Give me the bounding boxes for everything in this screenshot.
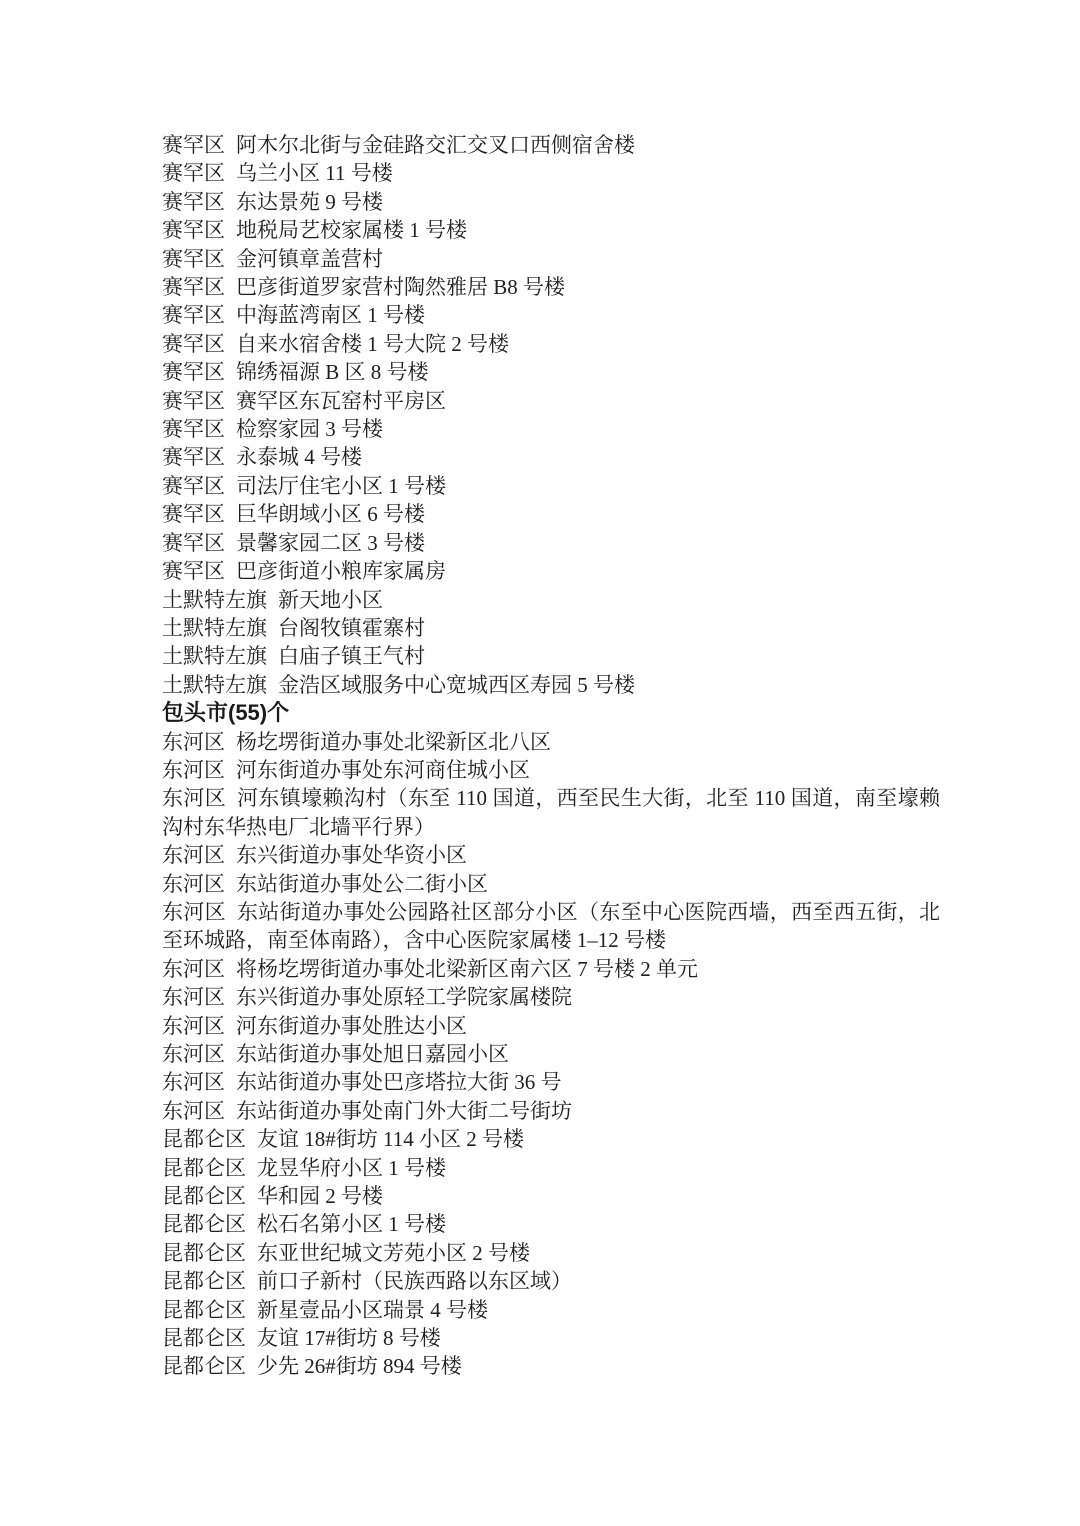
- location-entry: 土默特左旗台阁牧镇霍寨村: [162, 614, 940, 642]
- location-description: 前口子新村（民族西路以东区域）: [257, 1269, 572, 1293]
- district-name: 昆都仑区: [162, 1326, 246, 1350]
- district-name: 东河区: [162, 786, 226, 810]
- district-name: 昆都仑区: [162, 1184, 246, 1208]
- district-name: 赛罕区: [162, 502, 225, 526]
- city-section-header: 包头市(55)个: [162, 699, 940, 727]
- location-entry: 东河区河东街道办事处胜达小区: [162, 1012, 940, 1040]
- district-name: 土默特左旗: [162, 673, 267, 697]
- location-description: 乌兰小区 11 号楼: [236, 161, 393, 185]
- location-description: 阿木尔北街与金硅路交汇交叉口西侧宿舍楼: [236, 133, 635, 157]
- location-entry: 昆都仑区友谊 18#街坊 114 小区 2 号楼: [162, 1125, 940, 1153]
- location-description: 东站街道办事处旭日嘉园小区: [236, 1042, 509, 1066]
- location-entry: 东河区东兴街道办事处华资小区: [162, 841, 940, 869]
- location-description: 巴彦街道小粮库家属房: [236, 559, 446, 583]
- district-name: 昆都仑区: [162, 1269, 246, 1293]
- location-description: 赛罕区东瓦窑村平房区: [236, 389, 446, 413]
- location-entry: 昆都仑区华和园 2 号楼: [162, 1182, 940, 1210]
- district-name: 赛罕区: [162, 531, 225, 555]
- location-description: 杨圪塄街道办事处北梁新区北八区: [236, 730, 551, 754]
- location-description: 自来水宿舍楼 1 号大院 2 号楼: [236, 332, 509, 356]
- location-description: 松石名第小区 1 号楼: [257, 1212, 446, 1236]
- location-entry: 土默特左旗新天地小区: [162, 586, 940, 614]
- location-entry: 赛罕区景馨家园二区 3 号楼: [162, 529, 940, 557]
- location-entry: 东河区将杨圪塄街道办事处北梁新区南六区 7 号楼 2 单元: [162, 955, 940, 983]
- district-name: 赛罕区: [162, 133, 225, 157]
- district-name: 赛罕区: [162, 161, 225, 185]
- district-name: 昆都仑区: [162, 1298, 246, 1322]
- location-description: 龙昱华府小区 1 号楼: [257, 1156, 446, 1180]
- location-description: 将杨圪塄街道办事处北梁新区南六区 7 号楼 2 单元: [236, 957, 698, 981]
- location-entry: 赛罕区金河镇章盖营村: [162, 245, 940, 273]
- location-description: 新星壹品小区瑞景 4 号楼: [257, 1298, 488, 1322]
- location-description: 友谊 17#街坊 8 号楼: [257, 1326, 441, 1350]
- location-description: 少先 26#街坊 894 号楼: [257, 1354, 462, 1378]
- district-name: 赛罕区: [162, 275, 225, 299]
- location-entry: 赛罕区乌兰小区 11 号楼: [162, 159, 940, 187]
- district-name: 昆都仑区: [162, 1127, 246, 1151]
- location-description: 中海蓝湾南区 1 号楼: [236, 303, 425, 327]
- location-entry: 赛罕区巴彦街道小粮库家属房: [162, 557, 940, 585]
- location-description: 东兴街道办事处华资小区: [236, 843, 467, 867]
- location-description: 东亚世纪城文芳苑小区 2 号楼: [257, 1241, 530, 1265]
- location-entry: 赛罕区赛罕区东瓦窑村平房区: [162, 387, 940, 415]
- location-entry: 赛罕区东达景苑 9 号楼: [162, 188, 940, 216]
- location-description: 河东街道办事处胜达小区: [236, 1014, 467, 1038]
- location-description: 永泰城 4 号楼: [236, 445, 362, 469]
- location-entry: 赛罕区检察家园 3 号楼: [162, 415, 940, 443]
- location-entry: 昆都仑区龙昱华府小区 1 号楼: [162, 1154, 940, 1182]
- district-name: 赛罕区: [162, 445, 225, 469]
- district-name: 东河区: [162, 900, 226, 924]
- location-description: 河东街道办事处东河商住城小区: [236, 758, 530, 782]
- district-name: 东河区: [162, 730, 225, 754]
- location-entry: 东河区杨圪塄街道办事处北梁新区北八区: [162, 728, 940, 756]
- location-description: 金浩区域服务中心宽城西区寿园 5 号楼: [278, 673, 635, 697]
- district-name: 土默特左旗: [162, 588, 267, 612]
- location-description: 锦绣福源 B 区 8 号楼: [236, 360, 429, 384]
- district-name: 昆都仑区: [162, 1212, 246, 1236]
- location-description: 巴彦街道罗家营村陶然雅居 B8 号楼: [236, 275, 565, 299]
- location-entry: 赛罕区自来水宿舍楼 1 号大院 2 号楼: [162, 330, 940, 358]
- location-description: 司法厅住宅小区 1 号楼: [236, 474, 446, 498]
- location-description: 地税局艺校家属楼 1 号楼: [236, 218, 467, 242]
- location-entry: 东河区东站街道办事处公园路社区部分小区（东至中心医院西墙，西至西五街，北至环城路…: [162, 898, 940, 955]
- location-description: 东站街道办事处公园路社区部分小区（东至中心医院西墙，西至西五街，北至环城路，南至…: [162, 900, 940, 952]
- district-name: 东河区: [162, 1099, 225, 1123]
- district-name: 昆都仑区: [162, 1241, 246, 1265]
- district-name: 昆都仑区: [162, 1354, 246, 1378]
- location-entry: 赛罕区司法厅住宅小区 1 号楼: [162, 472, 940, 500]
- location-entry: 东河区东兴街道办事处原轻工学院家属楼院: [162, 983, 940, 1011]
- location-description: 巨华朗域小区 6 号楼: [236, 502, 425, 526]
- location-description: 东站街道办事处公二街小区: [236, 872, 488, 896]
- location-entry: 昆都仑区前口子新村（民族西路以东区域）: [162, 1267, 940, 1295]
- location-description: 景馨家园二区 3 号楼: [236, 531, 425, 555]
- district-name: 赛罕区: [162, 190, 225, 214]
- location-description: 东站街道办事处南门外大街二号街坊: [236, 1099, 572, 1123]
- location-entry: 土默特左旗金浩区域服务中心宽城西区寿园 5 号楼: [162, 671, 940, 699]
- location-description: 华和园 2 号楼: [257, 1184, 383, 1208]
- location-entry: 东河区河东街道办事处东河商住城小区: [162, 756, 940, 784]
- district-name: 赛罕区: [162, 218, 225, 242]
- district-name: 东河区: [162, 1070, 225, 1094]
- location-entry: 东河区东站街道办事处旭日嘉园小区: [162, 1040, 940, 1068]
- district-name: 东河区: [162, 1014, 225, 1038]
- location-entry: 赛罕区中海蓝湾南区 1 号楼: [162, 301, 940, 329]
- district-name: 赛罕区: [162, 474, 225, 498]
- location-description: 台阁牧镇霍寨村: [278, 616, 425, 640]
- document-body: { "page": { "background_color": "#ffffff…: [0, 0, 1080, 1526]
- district-name: 赛罕区: [162, 559, 225, 583]
- district-name: 东河区: [162, 957, 225, 981]
- location-entry: 昆都仑区少先 26#街坊 894 号楼: [162, 1352, 940, 1380]
- location-entry: 土默特左旗白庙子镇王气村: [162, 642, 940, 670]
- location-entry: 昆都仑区友谊 17#街坊 8 号楼: [162, 1324, 940, 1352]
- document-page: 赛罕区阿木尔北街与金硅路交汇交叉口西侧宿舍楼赛罕区乌兰小区 11 号楼赛罕区东达…: [0, 0, 1080, 1526]
- district-name: 赛罕区: [162, 332, 225, 356]
- district-name: 东河区: [162, 872, 225, 896]
- location-entry: 赛罕区地税局艺校家属楼 1 号楼: [162, 216, 940, 244]
- district-name: 赛罕区: [162, 389, 225, 413]
- district-name: 东河区: [162, 843, 225, 867]
- location-description: 新天地小区: [278, 588, 383, 612]
- location-entry: 东河区河东镇壕赖沟村（东至 110 国道，西至民生大街，北至 110 国道，南至…: [162, 784, 940, 841]
- location-entry: 昆都仑区新星壹品小区瑞景 4 号楼: [162, 1296, 940, 1324]
- location-description: 友谊 18#街坊 114 小区 2 号楼: [257, 1127, 524, 1151]
- location-entry: 赛罕区巨华朗域小区 6 号楼: [162, 500, 940, 528]
- location-entry: 赛罕区永泰城 4 号楼: [162, 443, 940, 471]
- district-name: 东河区: [162, 985, 225, 1009]
- location-description: 检察家园 3 号楼: [236, 417, 383, 441]
- district-name: 赛罕区: [162, 417, 225, 441]
- location-description: 东站街道办事处巴彦塔拉大街 36 号: [236, 1070, 562, 1094]
- district-name: 土默特左旗: [162, 644, 267, 668]
- district-name: 赛罕区: [162, 247, 225, 271]
- district-name: 昆都仑区: [162, 1156, 246, 1180]
- location-description: 河东镇壕赖沟村（东至 110 国道，西至民生大街，北至 110 国道，南至壕赖沟…: [162, 786, 940, 838]
- location-entry: 赛罕区巴彦街道罗家营村陶然雅居 B8 号楼: [162, 273, 940, 301]
- location-description: 东达景苑 9 号楼: [236, 190, 383, 214]
- location-description: 东兴街道办事处原轻工学院家属楼院: [236, 985, 572, 1009]
- location-entry: 东河区东站街道办事处南门外大街二号街坊: [162, 1097, 940, 1125]
- district-name: 土默特左旗: [162, 616, 267, 640]
- location-entry: 赛罕区锦绣福源 B 区 8 号楼: [162, 358, 940, 386]
- location-entry: 赛罕区阿木尔北街与金硅路交汇交叉口西侧宿舍楼: [162, 131, 940, 159]
- district-name: 赛罕区: [162, 360, 225, 384]
- location-description: 白庙子镇王气村: [278, 644, 425, 668]
- location-entry: 东河区东站街道办事处巴彦塔拉大街 36 号: [162, 1068, 940, 1096]
- district-name: 东河区: [162, 758, 225, 782]
- district-name: 赛罕区: [162, 303, 225, 327]
- location-entry: 昆都仑区松石名第小区 1 号楼: [162, 1210, 940, 1238]
- location-entry: 东河区东站街道办事处公二街小区: [162, 870, 940, 898]
- risk-area-list: 赛罕区阿木尔北街与金硅路交汇交叉口西侧宿舍楼赛罕区乌兰小区 11 号楼赛罕区东达…: [162, 131, 940, 1381]
- location-entry: 昆都仑区东亚世纪城文芳苑小区 2 号楼: [162, 1239, 940, 1267]
- location-description: 金河镇章盖营村: [236, 247, 383, 271]
- district-name: 东河区: [162, 1042, 225, 1066]
